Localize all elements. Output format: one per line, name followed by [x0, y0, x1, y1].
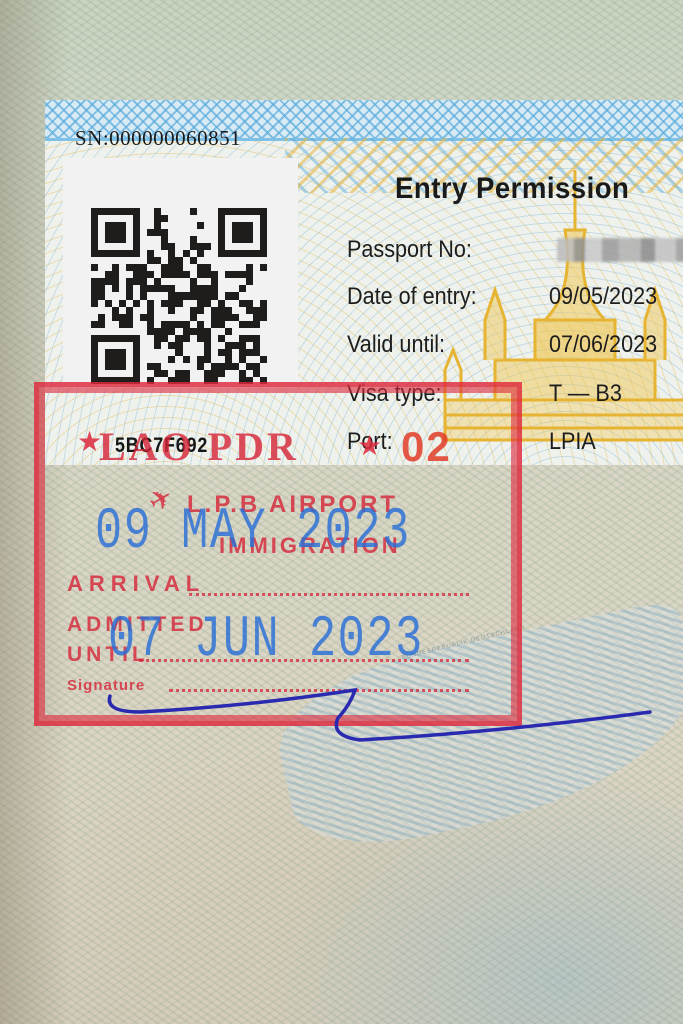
qr-code-icon [91, 208, 267, 384]
stamp-dotted-line [189, 593, 469, 596]
star-icon: ★ [357, 429, 382, 462]
stamp-country: LAO PDR [99, 423, 299, 470]
admitted-until-date-stamp: 07 JUN 2023 [108, 608, 424, 673]
arrival-date-stamp: 09 MAY 2023 [95, 500, 411, 565]
qr-panel [63, 158, 298, 388]
redacted-passport-number [557, 238, 683, 262]
stamp-arrival-label: ARRIVAL [67, 571, 205, 597]
serial-number: SN:000000060851 [75, 126, 241, 151]
field-valid-until: Valid until: 07/06/2023 [347, 331, 683, 361]
field-value: T — B3 [549, 380, 622, 408]
field-passport-no: Passport No: [347, 236, 683, 266]
field-value: LPIA [549, 428, 596, 456]
field-label: Passport No: [347, 236, 472, 264]
stamp-signature-label: Signature [67, 677, 145, 694]
stamp-number: 02 [401, 423, 452, 471]
stamp-dotted-line [169, 689, 469, 692]
field-value: 09/05/2023 [549, 283, 657, 311]
field-date-of-entry: Date of entry: 09/05/2023 [347, 283, 683, 313]
field-label: Date of entry: [347, 283, 477, 311]
field-value: 07/06/2023 [549, 331, 657, 359]
sticker-title: Entry Permission [395, 172, 629, 206]
field-label: Valid until: [347, 331, 445, 359]
